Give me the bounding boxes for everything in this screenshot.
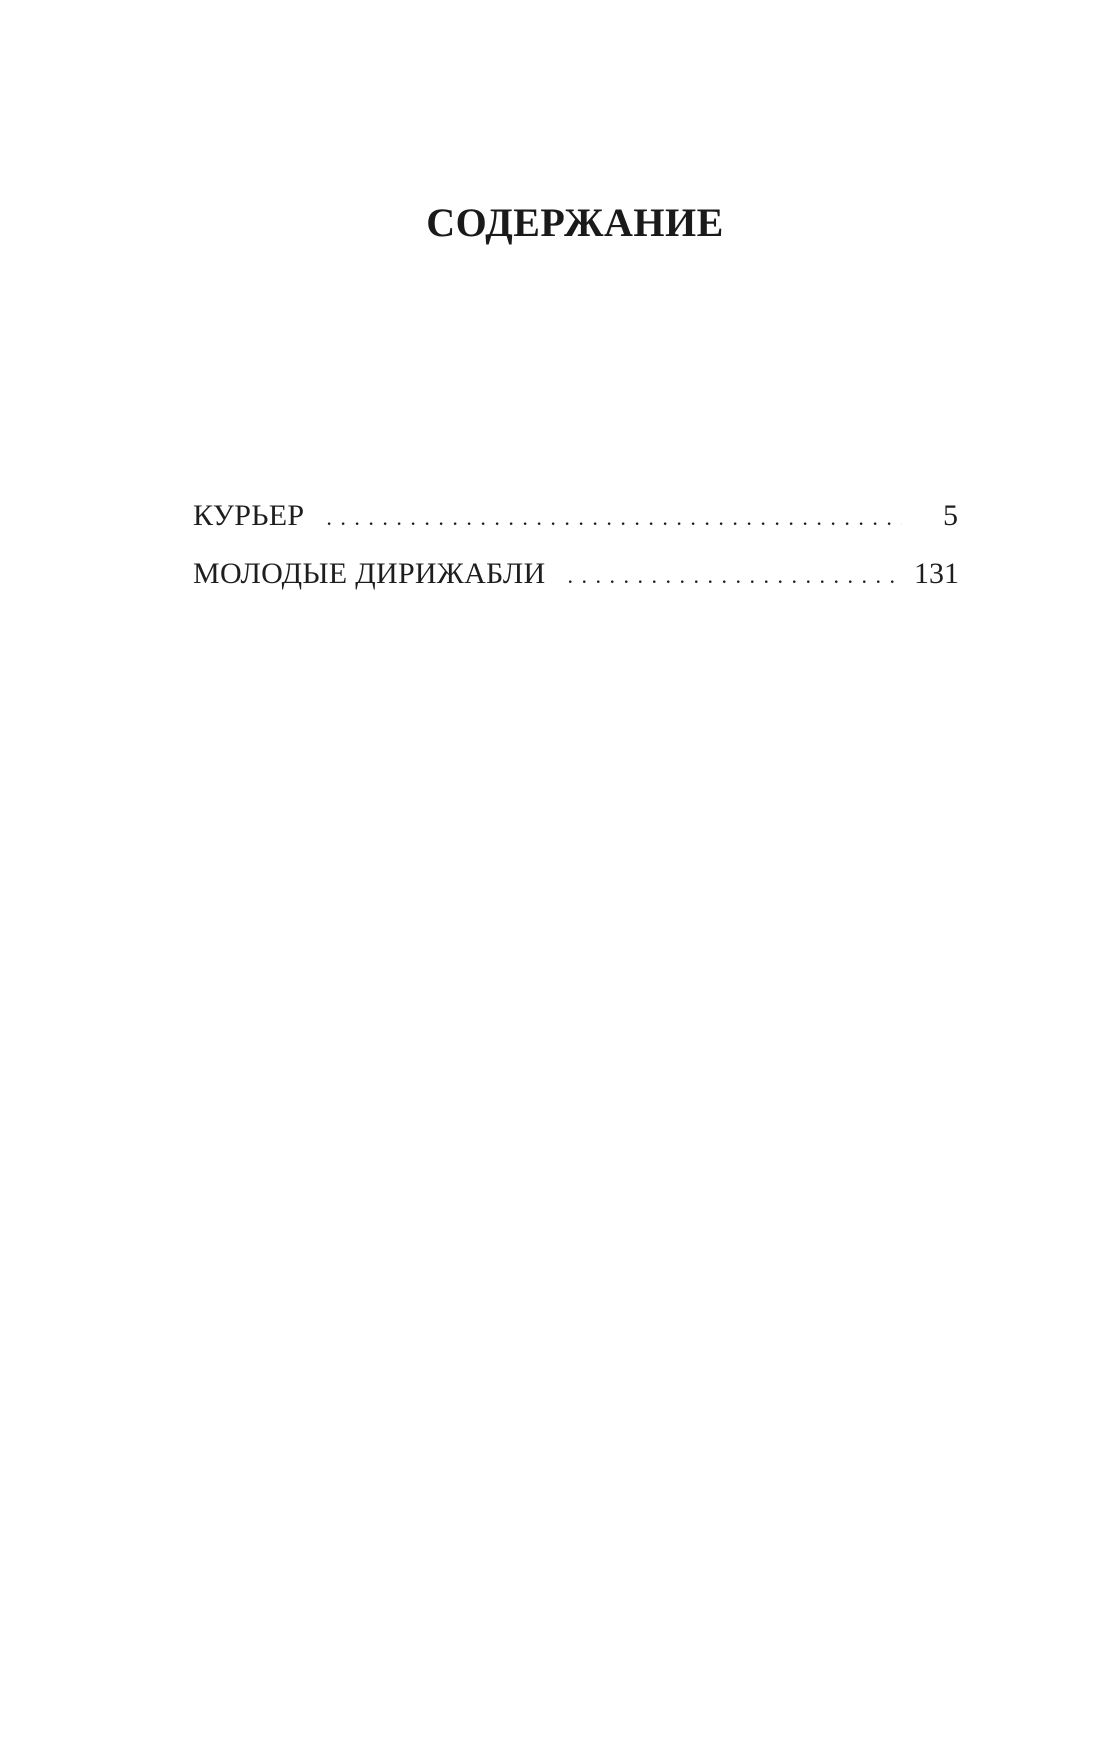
page-title: СОДЕРЖАНИЕ bbox=[0, 197, 1100, 249]
toc-entry-title: МОЛОДЫЕ ДИРИЖАБЛИ bbox=[193, 554, 545, 594]
toc-entry-kurer[interactable]: КУРЬЕР 5 bbox=[193, 496, 958, 554]
toc-entry-title: КУРЬЕР bbox=[193, 496, 304, 536]
table-of-contents: КУРЬЕР 5 МОЛОДЫЕ ДИРИЖАБЛИ 131 bbox=[193, 496, 958, 612]
toc-entry-page-number: 131 bbox=[914, 554, 958, 594]
dot-leader bbox=[326, 498, 902, 538]
dot-leader bbox=[567, 556, 902, 596]
toc-entry-molodye-dirizhabli[interactable]: МОЛОДЫЕ ДИРИЖАБЛИ 131 bbox=[193, 554, 958, 612]
toc-entry-page-number: 5 bbox=[914, 496, 958, 536]
